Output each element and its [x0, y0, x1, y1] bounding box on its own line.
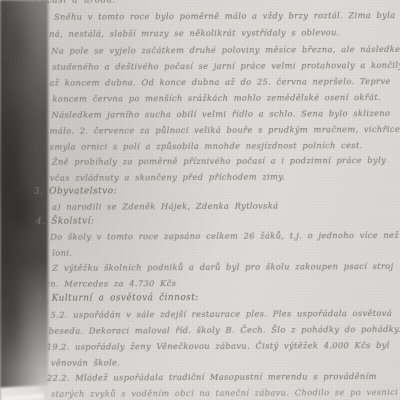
handwritten-line: Na pole se vyjelo začátkem druhé polovin…	[51, 44, 400, 56]
handwritten-line: a) narodili se Zdeněk Hájek, Zdenka Rytl…	[52, 201, 279, 212]
handwritten-line: koncem června po menších srážkách mohlo …	[52, 92, 381, 104]
handwritten-line: starých zvyků s voděním obcí na taneční …	[51, 387, 398, 399]
section-heading-kulturni-cinnost: 5. Kulturní a osvětová činnost:	[36, 293, 198, 304]
handwritten-line: loni.	[52, 248, 72, 258]
section-heading-cutoff: Počasí a úroda:	[35, 0, 116, 6]
handwritten-line: Sněhu v tomto roce bylo poměrně málo a v…	[54, 10, 400, 22]
handwritten-text: Počasí a úroda: Sněhu v tomto roce bylo …	[0, 0, 400, 400]
handwritten-line: smyla ornici s polí a způsobila mnohde n…	[50, 140, 363, 152]
handwritten-line: 22.2. Mládež uspořádala tradiční Masopus…	[47, 371, 377, 383]
handwritten-line: Žně probíhaly za poměrně příznivého poča…	[52, 155, 386, 167]
handwritten-line: zn. Mercedes za 4.730 Kčs	[45, 278, 176, 289]
handwritten-line: Do školy v tomto roce zapsáno celkem 26 …	[50, 230, 399, 242]
scanned-page: Počasí a úroda: Sněhu v tomto roce bylo …	[0, 0, 400, 400]
handwritten-line: Z výtěžku školních podniků a darů byl pr…	[52, 261, 393, 273]
handwritten-line: 5.2. uspořádán v sále zdejší restaurace …	[51, 308, 393, 320]
handwritten-line: až koncem dubna. Od konce dubna až do 25…	[49, 76, 390, 88]
handwritten-line: 19.2. uspořádaly ženy Věnečkovou zábavu.…	[47, 340, 390, 352]
handwritten-line: včas zvládnuty a skončeny před příchodem…	[50, 172, 285, 183]
section-heading-skolstvi: 4. Školství:	[36, 217, 94, 227]
section-heading-obyvatelstvo: 3. Obyvatelstvo:	[34, 186, 117, 196]
handwritten-line: málo. 2. července za půlnoci veliká bouř…	[50, 124, 400, 136]
handwritten-line: ná, nestálá, slabší mrazy se několikrát …	[49, 27, 340, 39]
handwritten-line: studeného a deštivého počasí se jarní pr…	[52, 60, 400, 72]
handwritten-line: beseda. Dekoraci maloval říd. školy B. Č…	[49, 324, 400, 336]
handwritten-line: Následkem jarního sucha obilí velmi řídl…	[52, 108, 391, 120]
handwritten-line: věnován škole.	[51, 357, 120, 367]
